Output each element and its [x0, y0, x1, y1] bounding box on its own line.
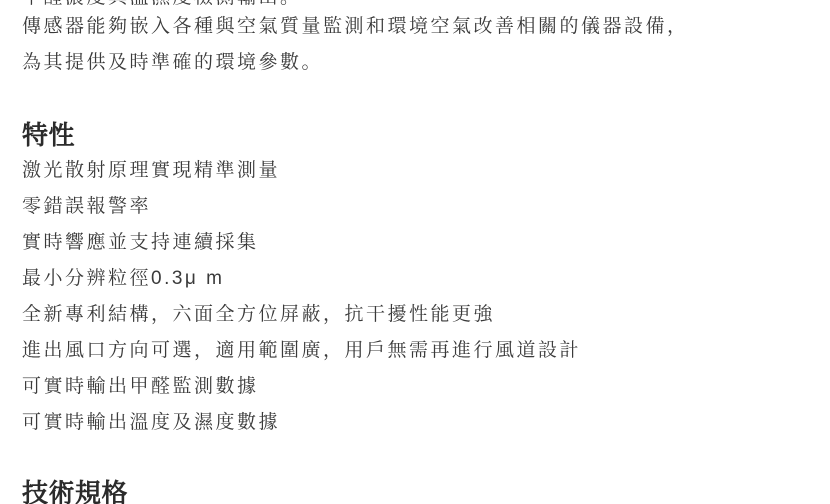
- feature-item: 全新專利結構，六面全方位屏蔽，抗干擾性能更強: [22, 303, 495, 327]
- feature-item: 實時響應並支持連續採集: [22, 231, 259, 255]
- specs-section-heading: 技術規格: [22, 477, 128, 504]
- intro-paragraph-line-2: 為其提供及時準確的環境參數。: [22, 51, 323, 75]
- product-description-page: 甲醛濃度與溫濕度檢測輸出。 傳感器能夠嵌入各種與空氣質量監測和環境空氣改善相關的…: [0, 0, 830, 504]
- feature-item: 零錯誤報警率: [22, 195, 151, 219]
- feature-item: 最小分辨粒徑0.3μ m: [22, 267, 224, 291]
- feature-item: 激光散射原理實現精準測量: [22, 159, 280, 183]
- feature-item: 進出風口方向可選，適用範圍廣，用戶無需再進行風道設計: [22, 339, 581, 363]
- feature-item: 可實時輸出甲醛監測數據: [22, 375, 259, 399]
- features-section-heading: 特性: [22, 119, 75, 151]
- clipped-paragraph-line: 甲醛濃度與溫濕度檢測輸出。: [22, 0, 302, 10]
- intro-paragraph-line-1: 傳感器能夠嵌入各種與空氣質量監測和環境空氣改善相關的儀器設備，: [22, 15, 689, 39]
- feature-item: 可實時輸出溫度及濕度數據: [22, 411, 280, 435]
